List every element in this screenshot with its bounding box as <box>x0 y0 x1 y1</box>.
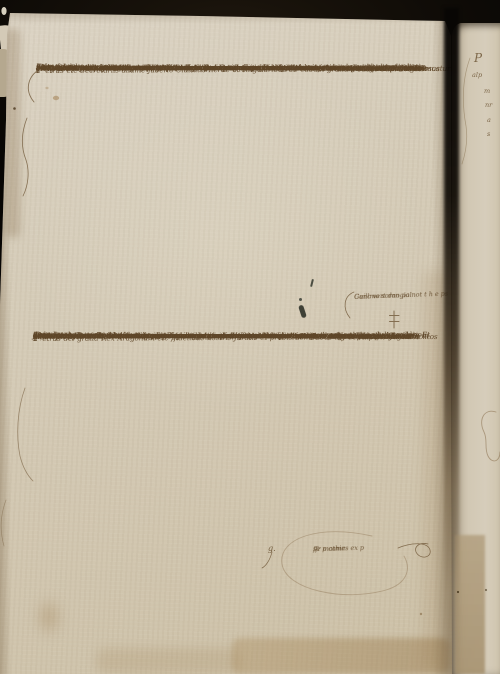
spine-highlight-speck <box>1 7 6 15</box>
manuscript-line: anno a Nat dni millesimo ccc lx primo <box>36 61 188 74</box>
page-edge-stack <box>455 535 485 674</box>
adjacent-page-fragments: Palpmnras <box>452 23 500 223</box>
manuscript-photo: { "photo": { "background_color": "#0b090… <box>0 0 500 674</box>
manuscript-page: Petrus etc Secretariis aliame juderie Ci… <box>0 0 500 674</box>
scribe-side-mark: g. <box>268 544 276 553</box>
closing-signature-line: se p camr <box>313 543 345 555</box>
adjacent-text-fragment: nr <box>485 101 492 109</box>
adjacent-text-fragment: s <box>487 130 490 138</box>
manuscript-line: Immutetis Dat Barchn xxiiij die octobris… <box>33 329 378 344</box>
chancery-signature-line: Canc vert dno pal <box>354 290 412 303</box>
adjacent-text-fragment: a <box>487 116 491 124</box>
adjacent-text-fragment: m <box>484 87 490 95</box>
adjacent-page-edge: Palpmnras <box>452 23 500 674</box>
adjacent-text-fragment: alp <box>472 71 482 79</box>
adjacent-text-fragment: P <box>474 51 482 65</box>
gutter-shadow <box>444 8 459 674</box>
